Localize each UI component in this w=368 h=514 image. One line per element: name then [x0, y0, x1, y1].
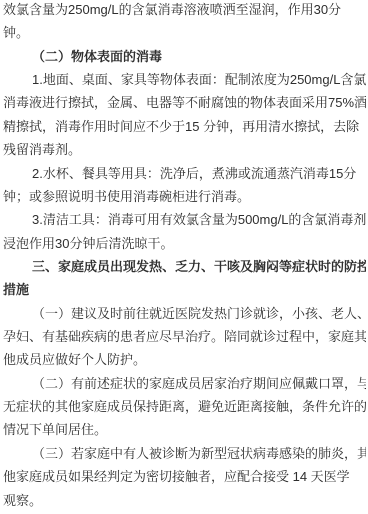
text-line: 残留消毒剂。 [3, 138, 366, 161]
document-page: 效氯含量为250mg/L的含氯消毒溶液喷洒至湿润，作用30分 钟。 （二）物体表… [0, 0, 368, 512]
text-line: 消毒液进行擦拭，金属、电器等不耐腐蚀的物体表面采用75%酒 [3, 91, 366, 114]
text-line: （三）若家庭中有人被诊断为新型冠状病毒感染的肺炎，其 [3, 442, 366, 465]
text-line: 2.水杯、餐具等用具：洗净后，煮沸或流通蒸汽消毒15分 [3, 162, 366, 185]
text-line: 钟。 [3, 21, 366, 44]
section-heading-symptom-control-measures: 三、家庭成员出现发热、乏力、干咳及胸闷等症状时的防控 [3, 255, 366, 278]
text-line: 3.清洁工具：消毒可用有效氯含量为500mg/L的含氯消毒剂 [3, 208, 366, 231]
section-heading-symptom-control-measures: 措施 [3, 278, 366, 301]
text-line: 钟；或参照说明书使用消毒碗柜进行消毒。 [3, 185, 366, 208]
text-line: （二）有前述症状的家庭成员居家治疗期间应佩戴口罩，与 [3, 372, 366, 395]
section-heading-surface-disinfection: （二）物体表面的消毒 [3, 45, 366, 68]
text-line: 1.地面、桌面、家具等物体表面：配制浓度为250mg/L含氯 [3, 68, 366, 91]
text-line: 效氯含量为250mg/L的含氯消毒溶液喷洒至湿润，作用30分 [3, 0, 366, 21]
text-line: 他成员应做好个人防护。 [3, 348, 366, 371]
text-line: 孕妇、有基础疾病的患者应尽早治疗。陪同就诊过程中，家庭其 [3, 325, 366, 348]
text-line: 精擦拭，消毒作用时间应不少于15 分钟，再用清水擦拭，去除 [3, 115, 366, 138]
text-line: 他家庭成员如果经判定为密切接触者，应配合接受 14 天医学 [3, 465, 366, 488]
text-line: 情况下单间居住。 [3, 418, 366, 441]
text-line: 浸泡作用30分钟后清洗晾干。 [3, 232, 366, 255]
text-line: （一）建议及时前往就近医院发热门诊就诊，小孩、老人、 [3, 302, 366, 325]
text-line: 无症状的其他家庭成员保持距离，避免近距离接触，条件允许的 [3, 395, 366, 418]
text-line: 观察。 [3, 489, 366, 512]
